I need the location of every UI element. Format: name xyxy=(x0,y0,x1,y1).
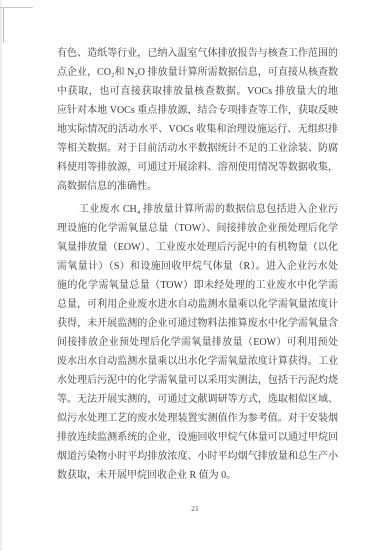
text-line: 地实际情况的活动水平、VOCs 收集和治理设施运行、无组织排放 xyxy=(57,120,338,139)
page-number: 21 xyxy=(0,504,390,513)
paragraph-1: 有色、造纸等行业，已纳入温室气体排放报告与核查工作范围的重 点企业，CO₂和 N… xyxy=(57,44,338,196)
text-line: 废水出水自动监测水量乘以出水化学需氧量浓度计算获得。工业废 xyxy=(57,352,338,371)
text-line: 获得，未开展监测的企业可通过物料法推算废水中化学需氧量含量。 xyxy=(57,314,338,333)
paragraph-2: 工业废水 CH₄ 排放量计算所需的数据信息包括进入企业污水处 理设施的化学需氧量… xyxy=(57,200,338,485)
text-line: 理设施的化学需氧量总量（TOW）、间接排放企业预处理后化学需 xyxy=(57,219,338,238)
text-line: 间接排放企业预处理后化学需氧量排放量（EOW）可利用预处理后 xyxy=(57,333,338,352)
scan-corner-vertical-line xyxy=(3,7,4,43)
text-line: 高数据信息的准确性。 xyxy=(57,177,338,196)
text-line: 排放连续监测系统的企业，设施回收甲烷气体量可以通过甲烷回收 xyxy=(57,428,338,447)
text-line: 等。无法开展实测的，可通过文献调研等方式，选取相似区域、相 xyxy=(57,390,338,409)
scan-corner-horizontal-line xyxy=(0,7,33,8)
text-line: 烟道污染物小时平均排放浓度、小时平均烟气排放量和总生产小时 xyxy=(57,447,338,466)
text-line: 数获取，未开展甲烷回收企业 R 值为 0。 xyxy=(57,466,338,485)
text-line: 料使用等排放源，可通过开展涂料、溶剂使用情况等数据收集，提 xyxy=(57,158,338,177)
text-line: 中获取，也可直接获取排放量核查数据。VOCs 排放量大的地区， xyxy=(57,82,338,101)
text-line: 似污水处理工艺的废水处理装置实测值作为参考值。对于安装烟气 xyxy=(57,409,338,428)
text-line: 水处理后污泥中的化学需氧量可以采用实测法，包括干污泥灼烧法 xyxy=(57,371,338,390)
text-line: 总量，可利用企业废水进水自动监测水量乘以化学需氧量浓度计算 xyxy=(57,295,338,314)
text-block: 有色、造纸等行业，已纳入温室气体排放报告与核查工作范围的重 点企业，CO₂和 N… xyxy=(57,44,338,485)
text-line: 等相关数据。对于目前活动水平数据统计不足的工业涂装、防腐涂 xyxy=(57,139,338,158)
text-line: 工业废水 CH₄ 排放量计算所需的数据信息包括进入企业污水处 xyxy=(57,200,338,219)
text-line: 氧量排放量（EOW）、工业废水处理后污泥中的有机物量（以化学 xyxy=(57,238,338,257)
text-line: 点企业，CO₂和 N₂O 排放量计算所需数据信息，可直接从核查数据 xyxy=(57,63,338,82)
scan-edge-line xyxy=(0,0,2,551)
text-line: 应针对本地 VOCs 重点排放源，结合专项排查等工作，获取反映本 xyxy=(57,101,338,120)
text-line: 有色、造纸等行业，已纳入温室气体排放报告与核查工作范围的重 xyxy=(57,44,338,63)
text-line: 需氧量计）（S）和设施回收甲烷气体量（R）。进入企业污水处理设 xyxy=(57,257,338,276)
text-line: 施的化学需氧量总量（TOW）即未经处理的工业废水中化学需氧量 xyxy=(57,276,338,295)
document-page: { "content": { "paragraph1": { "lines": … xyxy=(0,0,390,551)
